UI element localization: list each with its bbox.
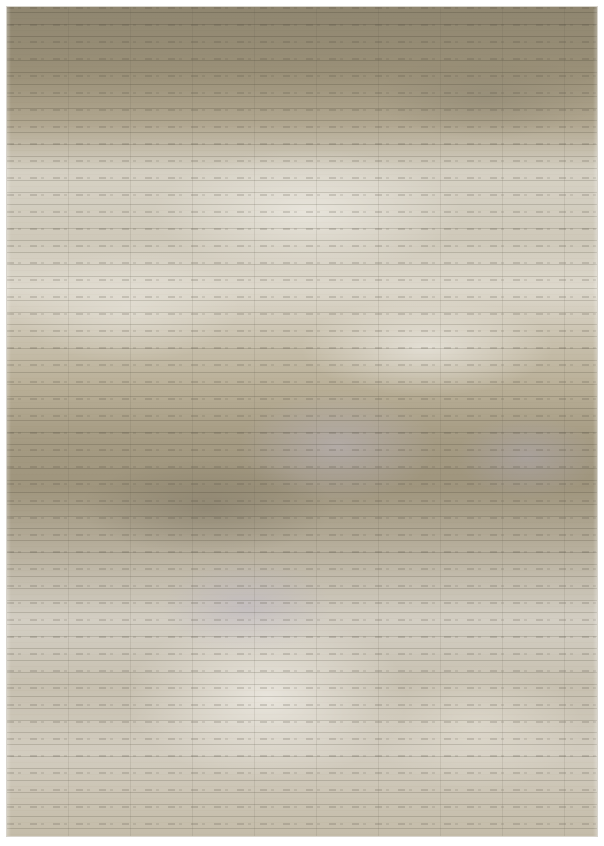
rug-edge <box>7 7 597 836</box>
rug-image <box>7 7 597 836</box>
